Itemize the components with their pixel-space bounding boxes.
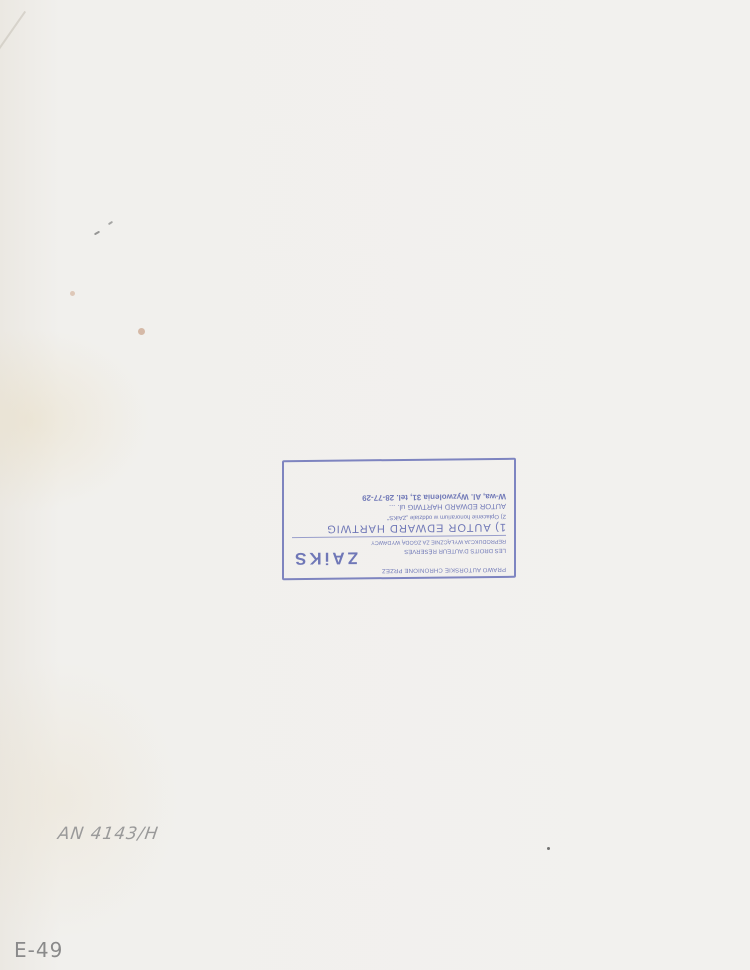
stamp-author-2: AUTOR EDWARD HARTWIG ul. ...: [292, 502, 506, 512]
stamp-author: AUTOR EDWARD HARTWIG: [326, 521, 491, 535]
stamp-item-marker: 2): [501, 512, 506, 518]
stamp-item-marker: 1): [494, 521, 506, 533]
stamp-reproduction-line: REPRODUKCJA WYŁĄCZNIE ZA ZGODĄ WYDAWCY: [292, 535, 506, 546]
stamp-address: W-wa, Al. Wyzwolenia 31, tel. 28-77-29: [292, 491, 506, 502]
zaiks-copyright-stamp: PRAWO AUTORSKIE CHRONIONE PRZEZ LES DROI…: [282, 458, 516, 580]
foxing-spot: [70, 291, 75, 296]
pencil-reference-number: AN 4143/H: [57, 824, 160, 844]
stamp-note: Opłacenie honorarium w oddziale „ZAiKS": [387, 513, 499, 520]
stamp-organization: ZAiKS: [292, 548, 358, 567]
foxing-spot: [138, 328, 145, 335]
pencil-catalog-code: E-49: [14, 938, 63, 962]
stamp-header-french: LES DROITS D'AUTEUR RÉSERVÉS: [404, 547, 506, 555]
ink-dot: [547, 847, 550, 850]
